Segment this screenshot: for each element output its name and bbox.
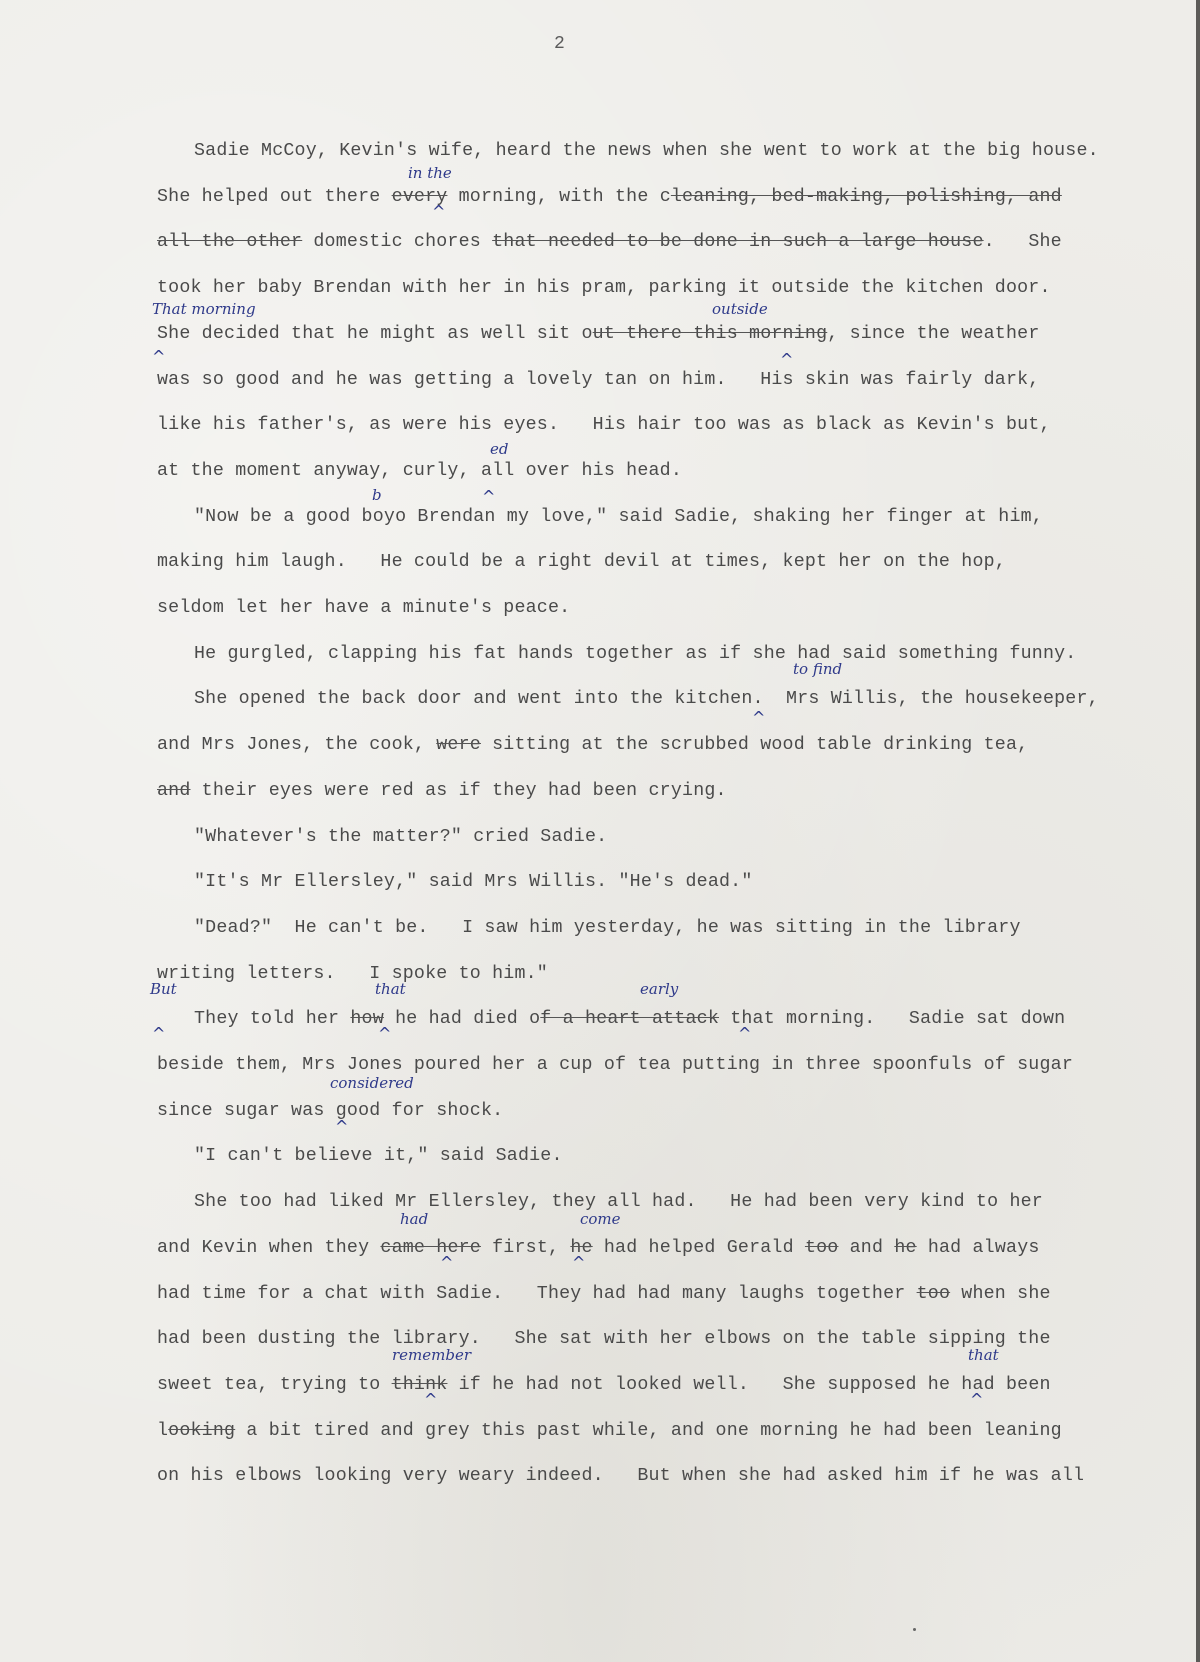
- typed-text: and Mrs Jones, the cook,: [157, 735, 436, 755]
- text-line: had been dusting the library. She sat wi…: [157, 1329, 1051, 1349]
- text-line: took her baby Brendan with her in his pr…: [157, 278, 1051, 298]
- typed-text: domestic chores: [302, 232, 492, 252]
- text-line: on his elbows looking very weary indeed.…: [157, 1466, 1084, 1486]
- insertion-caret-icon: ^: [432, 202, 445, 221]
- text-line: and Mrs Jones, the cook, were sitting at…: [157, 735, 1028, 755]
- typed-text: She decided that he might as well sit o: [157, 324, 593, 344]
- typed-text: and Kevin when they: [157, 1238, 380, 1258]
- text-line: "Dead?" He can't be. I saw him yesterday…: [194, 918, 1021, 938]
- struck-text: that needed to be done in such a large h…: [492, 232, 984, 252]
- typescript-page: 2 Sadie McCoy, Kevin's wife, heard the n…: [0, 0, 1196, 1662]
- insertion-caret-icon: ^: [780, 350, 793, 369]
- text-line: making him laugh. He could be a right de…: [157, 552, 1006, 572]
- typed-text: their eyes were red as if they had been …: [191, 781, 727, 801]
- text-line: "Whatever's the matter?" cried Sadie.: [194, 827, 607, 847]
- insertion-caret-icon: ^: [152, 347, 165, 366]
- struck-text: too: [805, 1238, 839, 1258]
- handwritten-insertion: ed: [490, 440, 508, 458]
- typed-text: They told her: [194, 1009, 350, 1029]
- insertion-caret-icon: ^: [970, 1390, 983, 1409]
- typed-text: if he had not looked well. She supposed …: [447, 1375, 1050, 1395]
- typed-text: had helped Gerald: [593, 1238, 805, 1258]
- typed-text: and: [838, 1238, 894, 1258]
- text-line: writing letters. I spoke to him.": [157, 964, 548, 984]
- handwritten-insertion: early: [640, 980, 678, 998]
- struck-text: think: [392, 1375, 448, 1395]
- typed-text: , since the weather: [827, 324, 1039, 344]
- text-line: beside them, Mrs Jones poured her a cup …: [157, 1055, 1073, 1075]
- handwritten-insertion: remember: [392, 1346, 471, 1364]
- typed-text: sweet tea, trying to: [157, 1375, 392, 1395]
- typed-text: . She: [984, 232, 1062, 252]
- handwritten-insertion: had: [400, 1210, 428, 1228]
- text-line: He gurgled, clapping his fat hands toget…: [194, 644, 1076, 664]
- struck-text: and: [157, 781, 191, 801]
- typed-text: he had died o: [384, 1009, 540, 1029]
- text-line: Sadie McCoy, Kevin's wife, heard the new…: [194, 141, 1099, 161]
- text-line: "Now be a good boyo Brendan my love," sa…: [194, 507, 1043, 527]
- handwritten-insertion: that: [968, 1346, 999, 1364]
- text-line: "I can't believe it," said Sadie.: [194, 1146, 563, 1166]
- struck-text: ut there this morning: [593, 324, 828, 344]
- text-line: She helped out there every morning, with…: [157, 187, 1062, 207]
- typed-text: a bit tired and grey this past while, an…: [235, 1421, 1062, 1441]
- struck-text: f a heart attack: [540, 1009, 719, 1029]
- insertion-caret-icon: ^: [152, 1024, 165, 1043]
- struck-text: all the other: [157, 232, 302, 252]
- text-line: She decided that he might as well sit ou…: [157, 324, 1040, 344]
- text-line: was so good and he was getting a lovely …: [157, 370, 1039, 390]
- handwritten-insertion: But: [150, 980, 177, 998]
- typed-text: when she: [950, 1284, 1051, 1304]
- typed-text: morning, with the c: [447, 187, 670, 207]
- handwritten-insertion: come: [580, 1210, 621, 1228]
- struck-text: too: [917, 1284, 951, 1304]
- paper-speck: [913, 1628, 916, 1631]
- text-line: and Kevin when they came here first, he …: [157, 1238, 1040, 1258]
- insertion-caret-icon: ^: [752, 708, 765, 727]
- text-line: They told her how he had died of a heart…: [194, 1009, 1065, 1029]
- text-line: all the other domestic chores that neede…: [157, 232, 1062, 252]
- insertion-caret-icon: ^: [440, 1253, 453, 1272]
- handwritten-insertion: considered: [330, 1074, 414, 1092]
- handwritten-insertion: in the: [408, 164, 452, 182]
- struck-text: he: [894, 1238, 916, 1258]
- page-number: 2: [554, 34, 565, 54]
- scan-edge: [1196, 0, 1200, 1662]
- struck-text: leaning, bed-making, polishing, and: [671, 187, 1062, 207]
- struck-text: were: [436, 735, 481, 755]
- insertion-caret-icon: ^: [572, 1253, 585, 1272]
- insertion-caret-icon: ^: [335, 1117, 348, 1136]
- handwritten-insertion: That morning: [152, 300, 256, 318]
- text-line: at the moment anyway, curly, all over hi…: [157, 461, 682, 481]
- text-line: looking a bit tired and grey this past w…: [157, 1421, 1062, 1441]
- text-line: had time for a chat with Sadie. They had…: [157, 1284, 1051, 1304]
- insertion-caret-icon: ^: [378, 1024, 391, 1043]
- text-line: sweet tea, trying to think if he had not…: [157, 1375, 1051, 1395]
- handwritten-insertion: that: [375, 980, 406, 998]
- text-line: since sugar was good for shock.: [157, 1101, 503, 1121]
- handwritten-insertion: to find: [793, 660, 842, 678]
- typed-text: She helped out there: [157, 187, 392, 207]
- typed-text: that morning. Sadie sat down: [719, 1009, 1065, 1029]
- typed-text: sitting at the scrubbed wood table drink…: [481, 735, 1028, 755]
- insertion-caret-icon: ^: [738, 1024, 751, 1043]
- typed-text: first,: [481, 1238, 570, 1258]
- insertion-caret-icon: ^: [424, 1390, 437, 1409]
- struck-text: ooking: [168, 1421, 235, 1441]
- text-line: seldom let her have a minute's peace.: [157, 598, 570, 618]
- text-line: She opened the back door and went into t…: [194, 689, 1099, 709]
- text-line: "It's Mr Ellersley," said Mrs Willis. "H…: [194, 872, 753, 892]
- struck-text: came here: [380, 1238, 481, 1258]
- insertion-caret-icon: ^: [482, 487, 495, 506]
- typed-text: had time for a chat with Sadie. They had…: [157, 1284, 917, 1304]
- handwritten-insertion: b: [372, 486, 382, 504]
- typed-text: l: [157, 1421, 168, 1441]
- typed-text: had always: [917, 1238, 1040, 1258]
- text-line: and their eyes were red as if they had b…: [157, 781, 727, 801]
- handwritten-insertion: outside: [712, 300, 768, 318]
- text-line: like his father's, as were his eyes. His…: [157, 415, 1051, 435]
